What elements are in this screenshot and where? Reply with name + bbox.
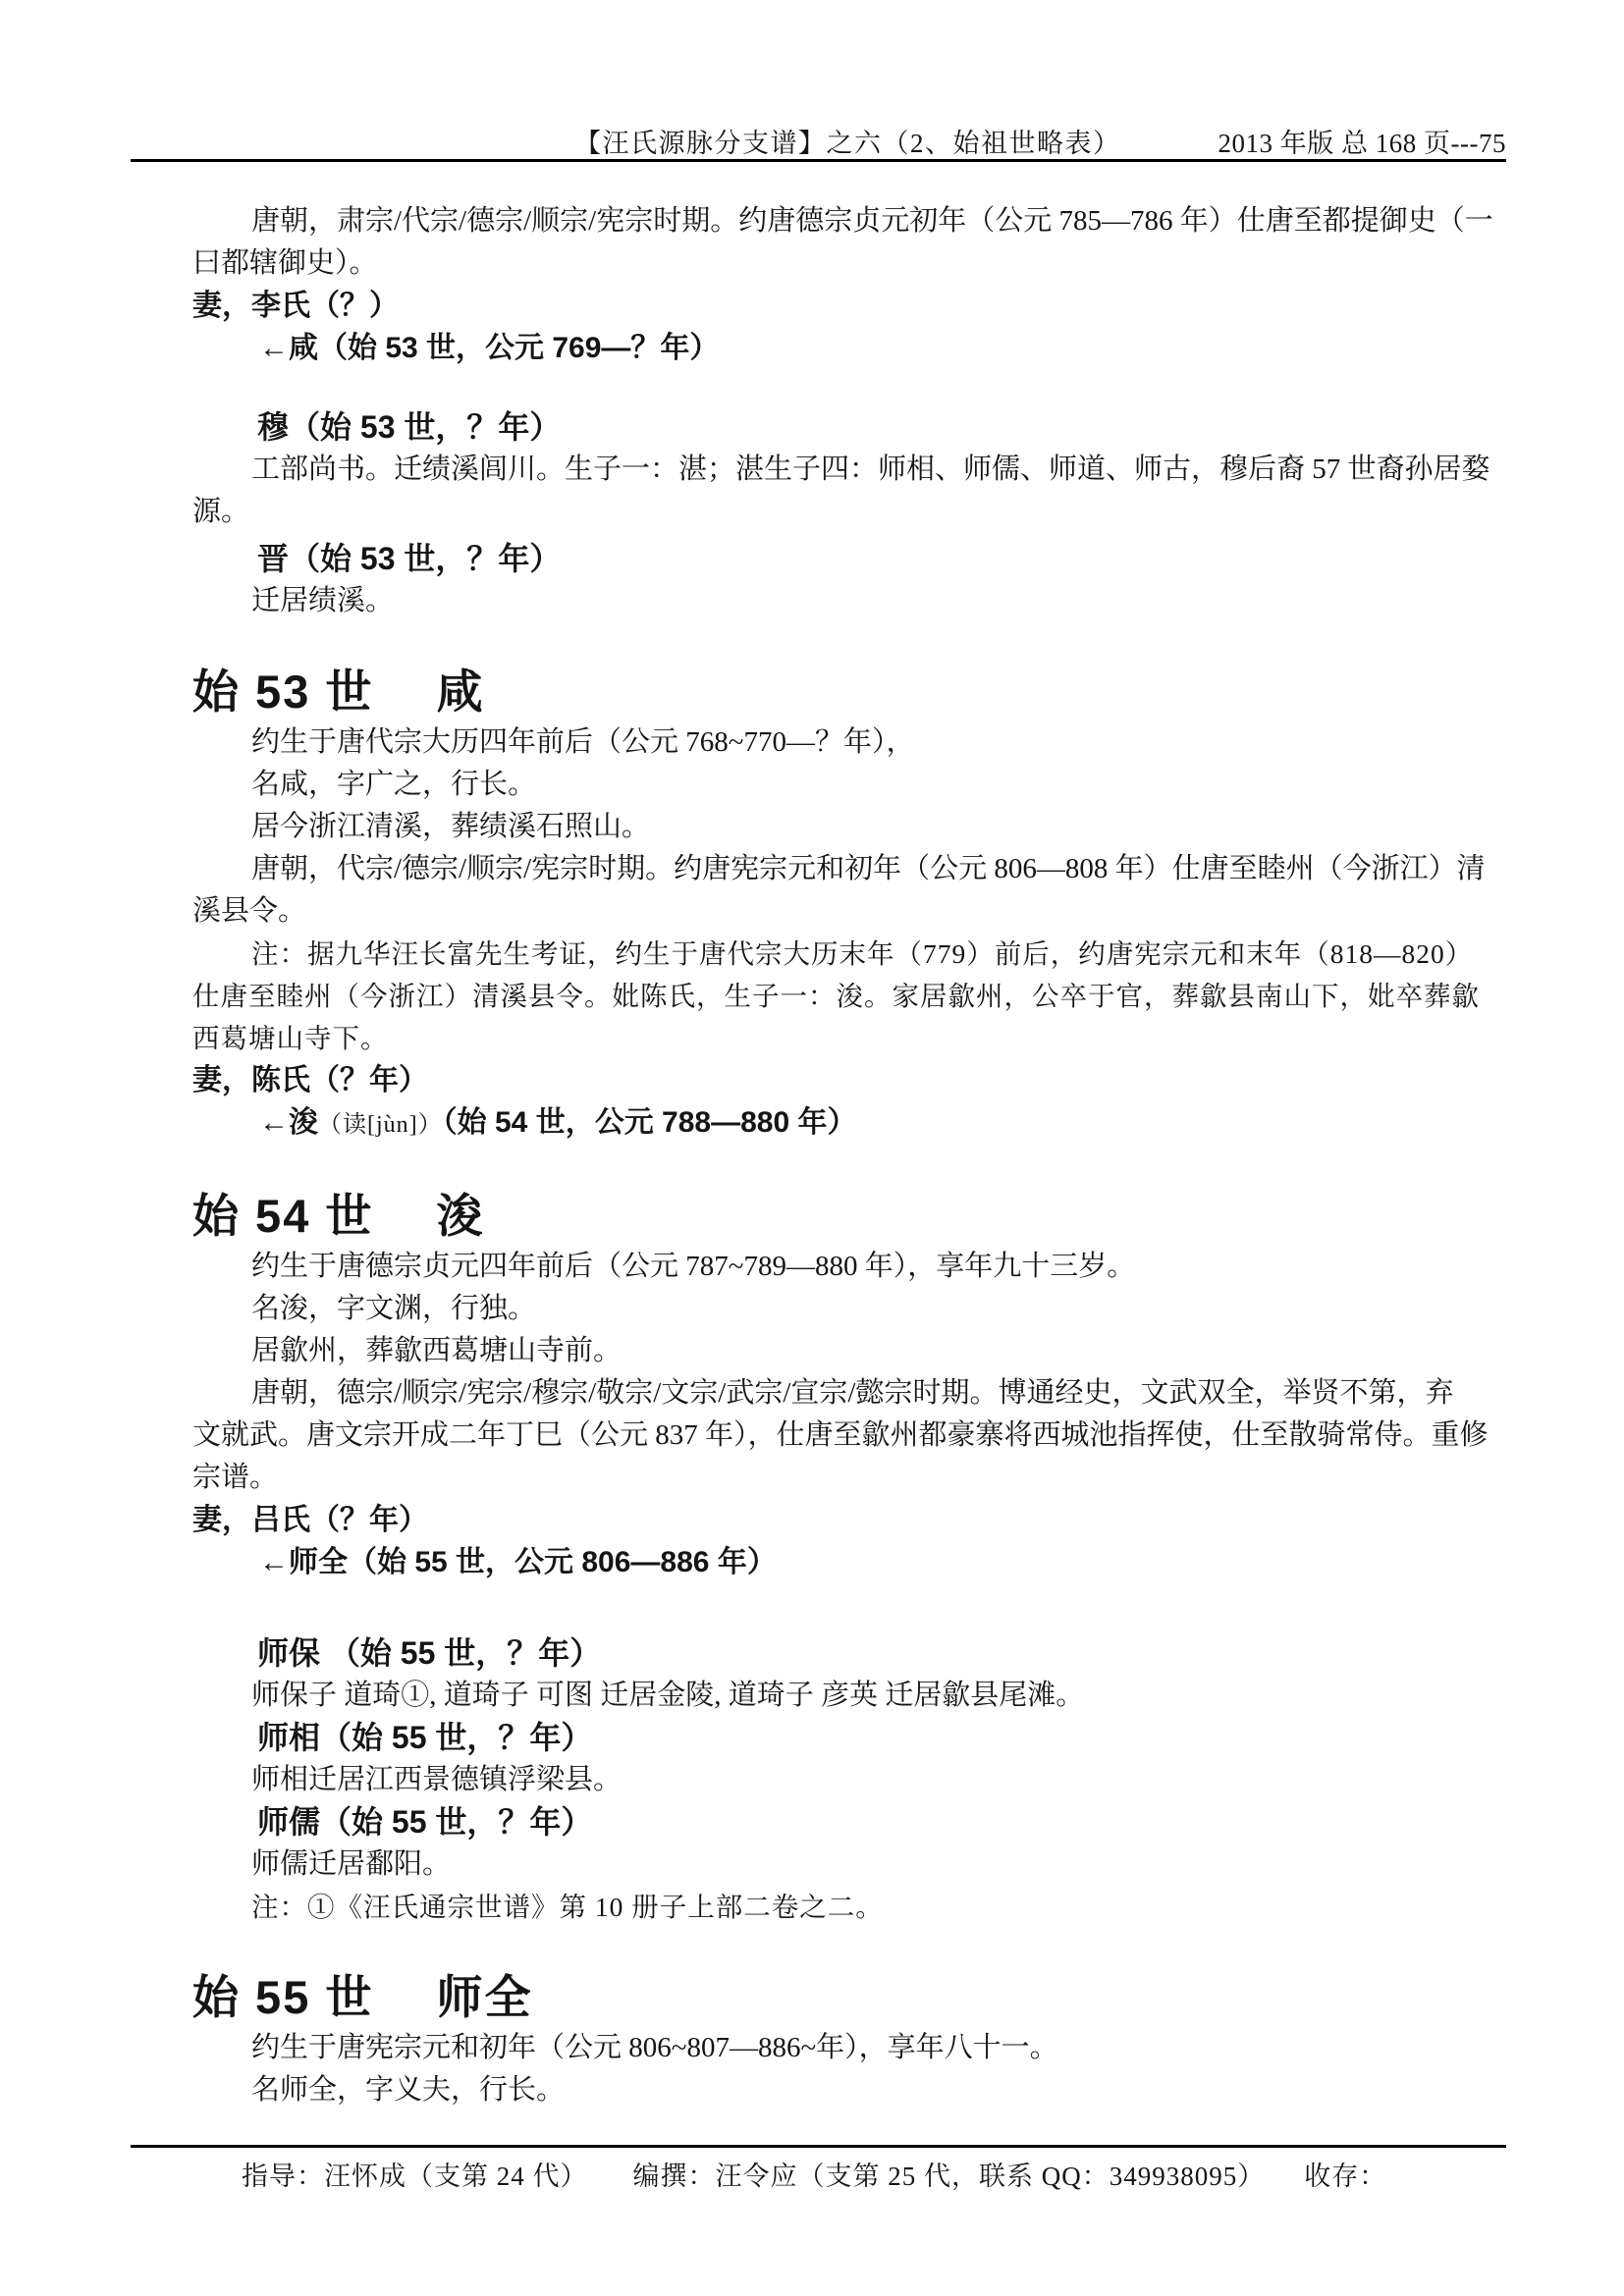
person-heading-jin: 晋（始 53 世，？年） [192,538,1508,580]
paragraph-line: 居今浙江清溪，葬绩溪石照山。 [192,806,1508,848]
paragraph-line: 曰都辖御史）。 [192,242,1508,285]
page-footer: 指导：汪怀成（支第 24 代） 编撰：汪令应（支第 25 代，联系 QQ：349… [242,2155,1386,2193]
paragraph-line: 源。 [192,491,1508,533]
paragraph-line: 名浚，字文渊，行独。 [192,1288,1508,1330]
paragraph-line: 工部尚书。迁绩溪闾川。生子一：湛；湛生子四：师相、师儒、师道、师古，穆后裔 57… [192,449,1508,491]
header-rule [131,159,1506,162]
paragraph-line: 约生于唐宪宗元和初年（公元 806~807—886~年），享年八十一。 [192,2027,1508,2069]
footer-editor: 编撰：汪令应（支第 25 代，联系 QQ：349938095） [633,2155,1266,2193]
paragraph-line: 约生于唐代宗大历四年前后（公元 768~770—？年）， [192,721,1508,764]
note-line: 仕唐至睦州（今浙江）清溪县令。妣陈氏，生子一：浚。家居歙州，公卒于官，葬歙县南山… [192,975,1508,1017]
heir-arrow-line: ←咸（始 53 世，公元 769—？年） [192,327,1508,369]
paragraph-line: 迁居绩溪。 [192,580,1508,622]
heir-arrow-line: ←师全（始 55 世，公元 806—886 年） [192,1541,1508,1583]
page-body: 唐朝，肃宗/代宗/德宗/顺宗/宪宗时期。约唐德宗贞元初年（公元 785—786 … [192,200,1508,2111]
pronunciation-note: （读[jùn]） [318,1112,443,1138]
person-heading-shiru: 师儒（始 55 世，？年） [192,1801,1508,1843]
note-line: 西葛塘山寺下。 [192,1017,1508,1059]
paragraph-line: 唐朝，肃宗/代宗/德宗/顺宗/宪宗时期。约唐德宗贞元初年（公元 785—786 … [192,200,1508,242]
wife-line: 妻，陈氏（？年） [192,1059,1508,1101]
header-title: 【汪氏源脉分支谱】之六（2、始祖世略表） [574,122,1121,160]
paragraph-line: 师保子 道琦①, 道琦子 可图 迁居金陵, 道琦子 彦英 迁居歙县尾滩。 [192,1675,1508,1717]
note-line: 注：①《汪氏通宗世谱》第 10 册子上部二卷之二。 [192,1886,1508,1928]
person-heading-shixiang: 师相（始 55 世，？年） [192,1717,1508,1759]
heir-name: ←浚 [259,1106,318,1139]
person-heading-mu: 穆（始 53 世，？年） [192,406,1508,449]
person-heading-shibao: 师保 （始 55 世，？年） [192,1632,1508,1675]
note-line: 注：据九华汪长富先生考证，约生于唐代宗大历末年（779）前后，约唐宪宗元和末年（… [192,933,1508,975]
wife-line: 妻，李氏（？） [192,285,1508,327]
paragraph-line: 名咸，字广之，行长。 [192,764,1508,806]
paragraph-line: 文就武。唐文宗开成二年丁巳（公元 837 年），仕唐至歙州都豪寨将西城池指挥使，… [192,1415,1508,1457]
genealogy-document-page: 【汪氏源脉分支谱】之六（2、始祖世略表） 2013 年版 总 168 页---7… [0,0,1624,2296]
heir-dates: （始 54 世，公元 788—880 年） [443,1106,857,1139]
paragraph-line: 师相迁居江西景德镇浮梁县。 [192,1759,1508,1801]
generation-heading-54: 始 54 世 浚 [192,1187,1508,1246]
paragraph-line: 名师全，字义夫，行长。 [192,2069,1508,2111]
paragraph-line: 溪县令。 [192,890,1508,933]
paragraph-line: 居歙州，葬歙西葛塘山寺前。 [192,1330,1508,1372]
paragraph-line: 宗谱。 [192,1457,1508,1499]
paragraph-line: 唐朝，代宗/德宗/顺宗/宪宗时期。约唐宪宗元和初年（公元 806—808 年）仕… [192,848,1508,890]
header-edition-page-number: 2013 年版 总 168 页---75 [1218,122,1506,160]
generation-heading-55: 始 55 世 师全 [192,1968,1508,2027]
footer-rule [131,2145,1506,2148]
paragraph-line: 约生于唐德宗贞元四年前后（公元 787~789—880 年），享年九十三岁。 [192,1246,1508,1288]
paragraph-line: 唐朝，德宗/顺宗/宪宗/穆宗/敬宗/文宗/武宗/宣宗/懿宗时期。博通经史，文武双… [192,1372,1508,1415]
footer-keeper: 收存： [1304,2155,1386,2193]
paragraph-line: 师儒迁居鄱阳。 [192,1843,1508,1886]
wife-line: 妻，吕氏（？年） [192,1499,1508,1541]
heir-arrow-line: ←浚（读[jùn]）（始 54 世，公元 788—880 年） [192,1101,1508,1147]
footer-guide: 指导：汪怀成（支第 24 代） [242,2155,588,2193]
generation-heading-53: 始 53 世 咸 [192,663,1508,721]
